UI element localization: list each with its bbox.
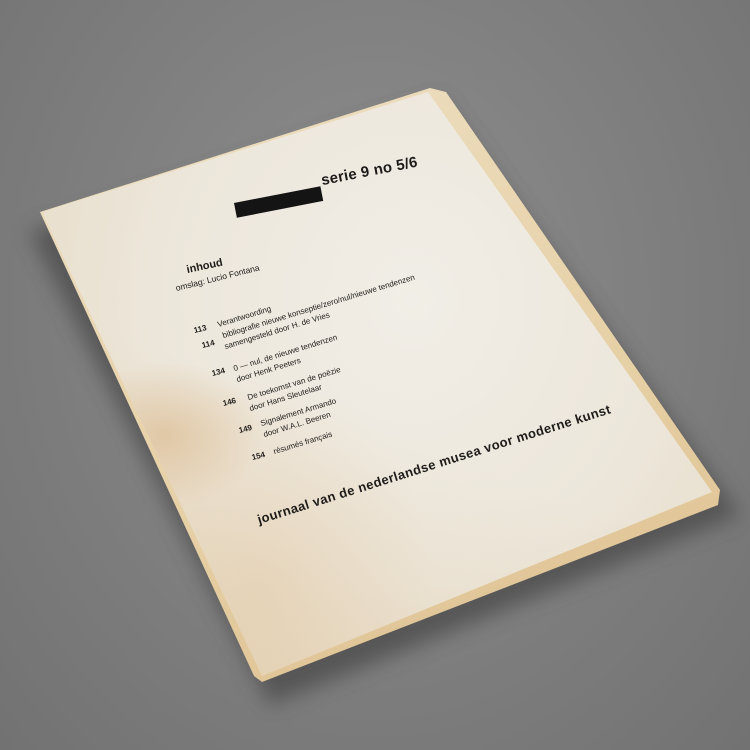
toc-page-number: 149 [238,423,253,435]
toc-page-number: 113 [193,323,208,335]
toc-page-number: 134 [211,366,226,378]
series-number: serie 9 no 5/6 [320,154,419,189]
toc-entry-title: bibliografie nieuwe konseptie/zero/nul/n… [221,273,415,340]
masthead-bar [234,186,323,218]
photo-scene: serie 9 no 5/6 inhoud omslag: Lucio Font… [0,0,750,750]
toc-page-number: 114 [201,338,216,350]
cover-text: serie 9 no 5/6 inhoud omslag: Lucio Font… [0,0,750,750]
toc-page-number: 154 [251,450,266,462]
toc-page-number: 146 [222,396,237,408]
